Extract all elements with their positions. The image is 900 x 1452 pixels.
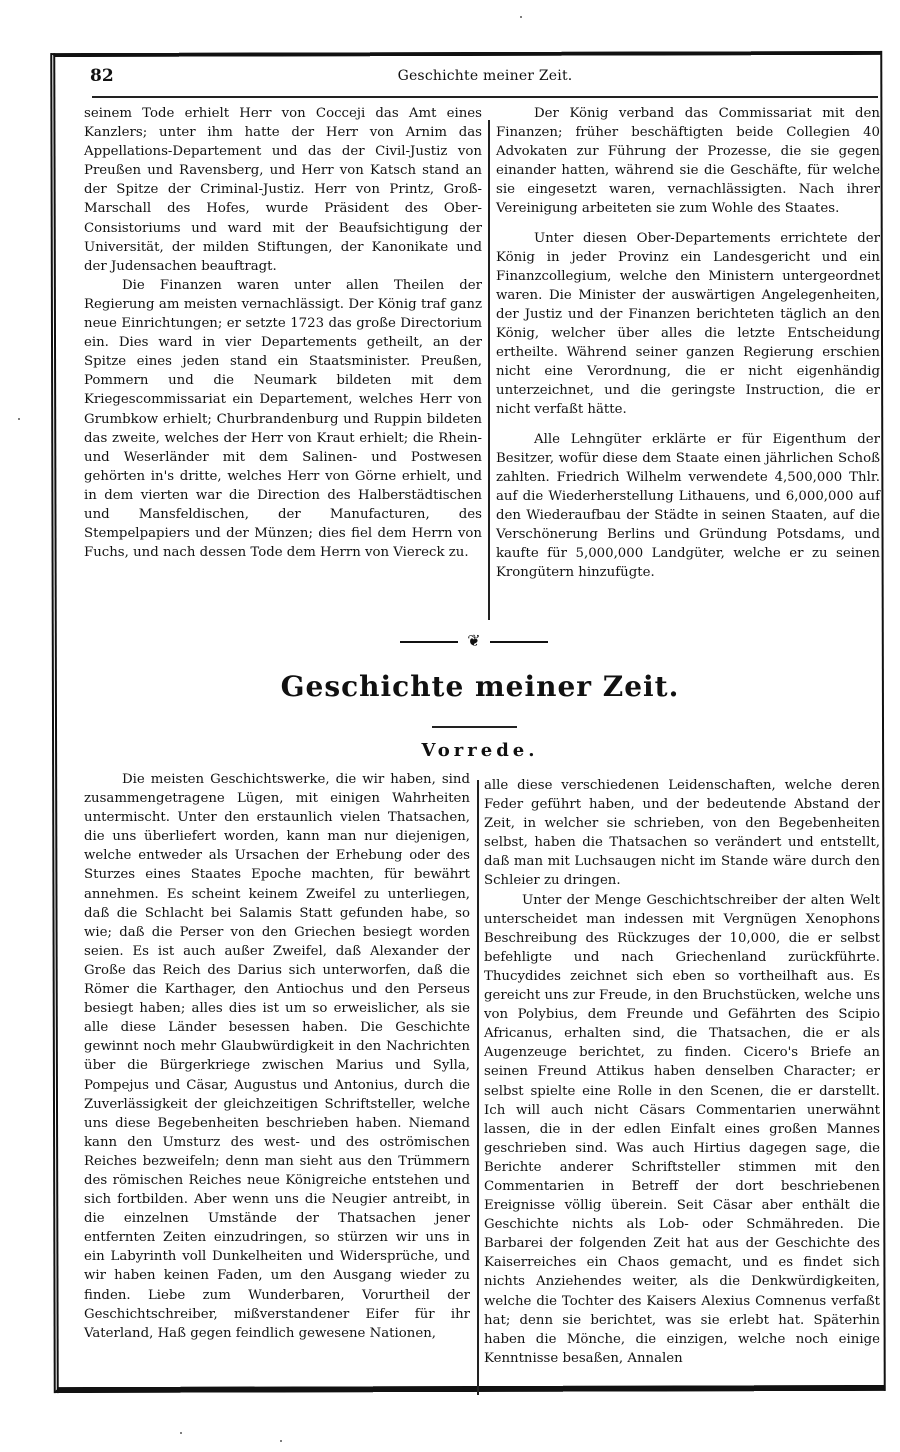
subsection-title: Vorrede.: [80, 740, 880, 761]
running-head: 82 Geschichte meiner Zeit.: [90, 66, 880, 94]
column-divider: [488, 120, 490, 620]
ornament-line: [490, 641, 548, 643]
scan-speck: [280, 1440, 282, 1442]
scan-speck: [520, 16, 522, 18]
header-rule: [92, 96, 878, 98]
paragraph: Unter diesen Ober-Departements errichtet…: [496, 229, 880, 420]
scan-speck: [18, 418, 20, 420]
paragraph: Unter der Menge Geschichtschreiber der a…: [484, 891, 880, 1368]
scan-speck: [180, 1432, 182, 1434]
running-title: Geschichte meiner Zeit.: [90, 68, 880, 84]
fleuron-icon: ❦: [460, 630, 488, 652]
top-left-column: seinem Tode erhielt Herr von Cocceji das…: [84, 104, 482, 562]
section-title: Geschichte meiner Zeit.: [80, 670, 880, 703]
top-right-column: Der König verband das Commissariat mit d…: [496, 104, 880, 582]
paragraph: Der König verband das Commissariat mit d…: [496, 104, 880, 219]
bottom-right-column: alle diese verschiedenen Leidenschaften,…: [484, 776, 880, 1368]
section-ornament: ❦: [400, 630, 548, 650]
paragraph: alle diese verschiedenen Leidenschaften,…: [484, 776, 880, 891]
paragraph: seinem Tode erhielt Herr von Cocceji das…: [84, 104, 482, 276]
bottom-left-column: Die meisten Geschichtswerke, die wir hab…: [84, 770, 470, 1343]
paragraph: Die Finanzen waren unter allen Theilen d…: [84, 276, 482, 562]
column-divider: [477, 780, 479, 1395]
paragraph: Die meisten Geschichtswerke, die wir hab…: [84, 770, 470, 1343]
title-rule: [432, 726, 517, 728]
paragraph: Alle Lehngüter erklärte er für Eigenthum…: [496, 430, 880, 583]
ornament-line: [400, 641, 458, 643]
